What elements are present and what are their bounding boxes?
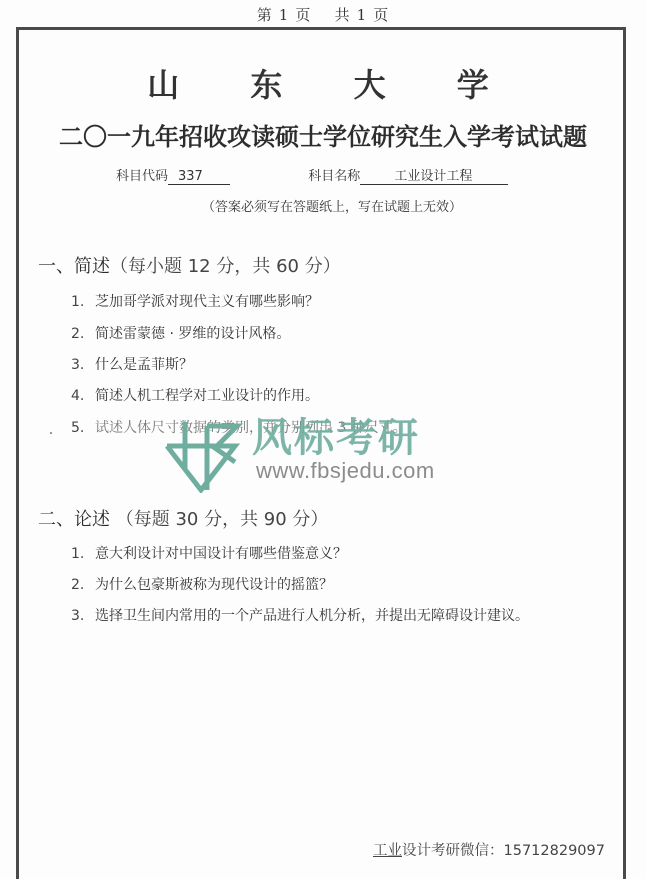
question-text: 什么是孟菲斯？ (95, 357, 193, 373)
section-1-heading: 一、简述（每小题 12 分，共 60 分） (38, 252, 341, 278)
question-number: 2. (71, 577, 95, 593)
university-name: 山 东 大 学 (0, 60, 646, 106)
subject-info: 科目代码337 科目名称工业设计工程 (116, 165, 508, 185)
subject-code-value: 337 (168, 169, 230, 185)
footer-label: 设计考研微信： (402, 843, 504, 859)
question-text: 芝加哥学派对现代主义有哪些影响？ (95, 294, 319, 310)
footer-contact: 工业设计考研微信：15712829097 (373, 839, 605, 860)
question-1-4: 4.简述人机工程学对工业设计的作用。 (71, 385, 319, 405)
section-1-title: 一、简述 (38, 256, 110, 277)
subject-name-value: 工业设计工程 (360, 165, 508, 185)
watermark-url: www.fbsjedu.com (256, 458, 435, 484)
footer-phone: 15712829097 (504, 843, 605, 859)
section-1-scoring: （每小题 12 分，共 60 分） (110, 256, 341, 277)
question-number: 5. (71, 420, 95, 436)
page-label: 页 (295, 6, 311, 24)
page-header: 第1页 共1页 (0, 4, 646, 25)
question-number: 1. (71, 294, 95, 310)
page-prefix: 第 (257, 6, 273, 24)
question-text: 简述人机工程学对工业设计的作用。 (95, 388, 319, 404)
question-number: 4. (71, 388, 95, 404)
watermark-brand: 风标考研 (252, 418, 420, 458)
section-2-heading: 二、论述 （每题 30 分，共 90 分） (38, 505, 328, 531)
question-text: 选择卫生间内常用的一个产品进行人机分析，并提出无障碍设计建议。 (95, 608, 529, 624)
page-number: 1 (279, 6, 290, 24)
answer-instruction: （答案必须写在答题纸上，写在试题上无效） (0, 196, 646, 215)
section-2-scoring: （每题 30 分，共 90 分） (116, 509, 329, 530)
question-number: 3. (71, 608, 95, 624)
question-2-2: 2.为什么包豪斯被称为现代设计的摇篮？ (71, 574, 333, 594)
subject-code-label: 科目代码 (116, 169, 168, 184)
section-2-title: 二、论述 (38, 509, 110, 530)
question-1-3: 3.什么是孟菲斯？ (71, 354, 193, 374)
subject-name-label: 科目名称 (308, 169, 360, 184)
question-text: 为什么包豪斯被称为现代设计的摇篮？ (95, 577, 333, 593)
exam-title: 二〇一九年招收攻读硕士学位研究生入学考试试题 (0, 117, 646, 152)
question-1-1: 1.芝加哥学派对现代主义有哪些影响？ (71, 291, 319, 311)
total-label: 页 (373, 6, 389, 24)
question-number: 1. (71, 546, 95, 562)
question-number: 3. (71, 357, 95, 373)
question-number: 2. (71, 326, 95, 342)
question-text: 意大利设计对中国设计有哪些借鉴意义？ (95, 546, 347, 562)
total-pages: 1 (357, 6, 368, 24)
question-text: 简述雷蒙德 · 罗维的设计风格。 (95, 326, 290, 342)
question-1-2: 2.简述雷蒙德 · 罗维的设计风格。 (71, 323, 290, 343)
total-prefix: 共 (335, 6, 351, 24)
question-2-3: 3.选择卫生间内常用的一个产品进行人机分析，并提出无障碍设计建议。 (71, 605, 529, 625)
scan-speck (50, 432, 52, 434)
question-2-1: 1.意大利设计对中国设计有哪些借鉴意义？ (71, 543, 347, 563)
footer-label-underlined: 工业 (373, 843, 402, 859)
